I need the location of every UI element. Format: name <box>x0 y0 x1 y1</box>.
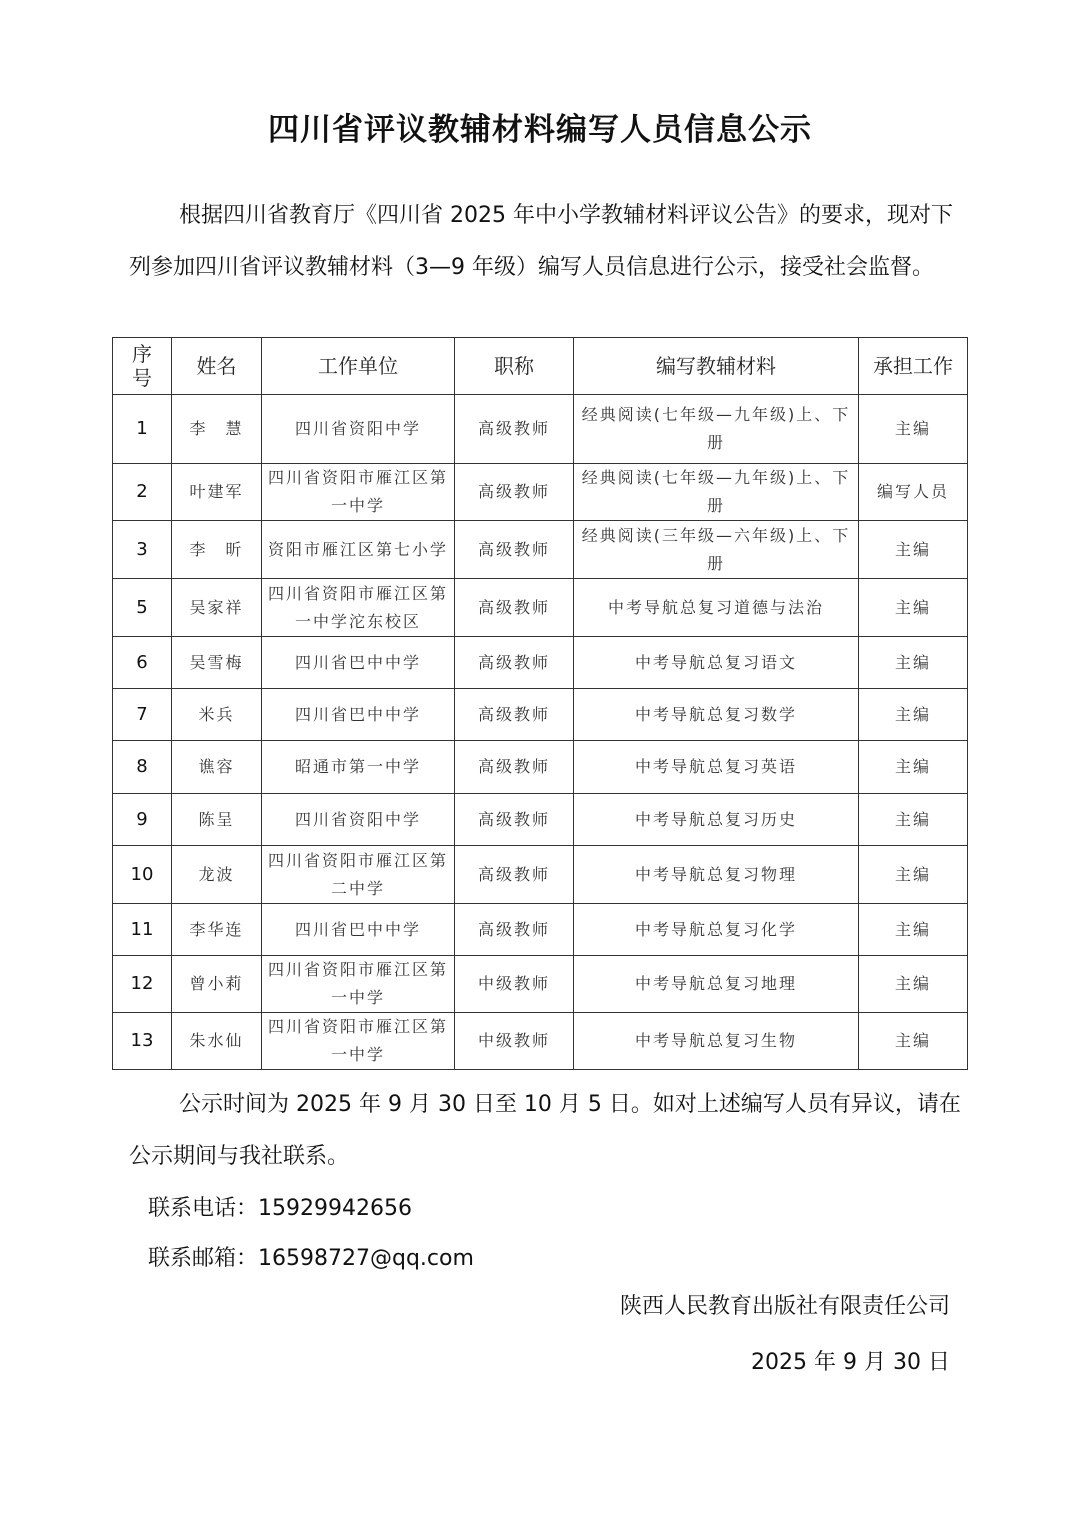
cell-name: 李华连 <box>172 904 262 956</box>
email-label: 联系邮箱： <box>148 1246 258 1271</box>
cell-title: 中级教师 <box>455 956 574 1013</box>
header-role: 承担工作 <box>859 338 968 395</box>
cell-material: 中考导航总复习物理 <box>574 846 859 904</box>
table-row: 8谯容昭通市第一中学高级教师中考导航总复习英语主编 <box>113 741 968 794</box>
phone-label: 联系电话： <box>148 1196 258 1221</box>
cell-material: 中考导航总复习地理 <box>574 956 859 1013</box>
table-row: 12曾小莉四川省资阳市雁江区第一中学中级教师中考导航总复习地理主编 <box>113 956 968 1013</box>
phone-value: 15929942656 <box>258 1196 412 1221</box>
signature-org: 陕西人民教育出版社有限责任公司 <box>620 1289 950 1320</box>
cell-role: 主编 <box>859 521 968 579</box>
cell-unit: 四川省资阳中学 <box>262 395 455 464</box>
cell-no: 1 <box>113 395 172 464</box>
cell-no: 6 <box>113 637 172 689</box>
cell-material: 经典阅读(七年级—九年级)上、下册 <box>574 464 859 521</box>
intro-paragraph: 根据四川省教育厅《四川省 2025 年中小学教辅材料评议公告》的要求，现对下列参… <box>129 190 969 294</box>
cell-name: 吴家祥 <box>172 579 262 637</box>
email-value: 16598727@qq.com <box>258 1246 474 1271</box>
cell-unit: 四川省巴中中学 <box>262 904 455 956</box>
cell-unit: 四川省资阳市雁江区第一中学 <box>262 956 455 1013</box>
cell-no: 12 <box>113 956 172 1013</box>
cell-title: 高级教师 <box>455 637 574 689</box>
cell-title: 高级教师 <box>455 846 574 904</box>
table-row: 1李 慧四川省资阳中学高级教师经典阅读(七年级—九年级)上、下册主编 <box>113 395 968 464</box>
cell-material: 中考导航总复习化学 <box>574 904 859 956</box>
cell-title: 高级教师 <box>455 689 574 741</box>
staff-table: 序号 姓名 工作单位 职称 编写教辅材料 承担工作 1李 慧四川省资阳中学高级教… <box>112 337 968 1070</box>
table-row: 13朱水仙四川省资阳市雁江区第一中学中级教师中考导航总复习生物主编 <box>113 1013 968 1070</box>
header-unit: 工作单位 <box>262 338 455 395</box>
contact-phone: 联系电话：15929942656 <box>148 1191 412 1222</box>
header-material: 编写教辅材料 <box>574 338 859 395</box>
table-row: 5吴家祥四川省资阳市雁江区第一中学沱东校区高级教师中考导航总复习道德与法治主编 <box>113 579 968 637</box>
cell-no: 10 <box>113 846 172 904</box>
cell-role: 主编 <box>859 904 968 956</box>
cell-material: 中考导航总复习数学 <box>574 689 859 741</box>
cell-name: 朱水仙 <box>172 1013 262 1070</box>
cell-role: 主编 <box>859 794 968 846</box>
cell-role: 主编 <box>859 689 968 741</box>
cell-unit: 资阳市雁江区第七小学 <box>262 521 455 579</box>
cell-unit: 四川省资阳市雁江区第二中学 <box>262 846 455 904</box>
cell-material: 中考导航总复习语文 <box>574 637 859 689</box>
cell-no: 13 <box>113 1013 172 1070</box>
cell-name: 龙波 <box>172 846 262 904</box>
table-row: 9陈呈四川省资阳中学高级教师中考导航总复习历史主编 <box>113 794 968 846</box>
cell-material: 中考导航总复习道德与法治 <box>574 579 859 637</box>
cell-role: 主编 <box>859 579 968 637</box>
table-row: 2叶建军四川省资阳市雁江区第一中学高级教师经典阅读(七年级—九年级)上、下册编写… <box>113 464 968 521</box>
header-title: 职称 <box>455 338 574 395</box>
period-text: 公示时间为 2025 年 9 月 30 日至 10 月 5 日。如对上述编写人员… <box>129 1092 961 1169</box>
table-header-row: 序号 姓名 工作单位 职称 编写教辅材料 承担工作 <box>113 338 968 395</box>
cell-role: 主编 <box>859 846 968 904</box>
cell-no: 9 <box>113 794 172 846</box>
document-title: 四川省评议教辅材料编写人员信息公示 <box>0 104 1080 149</box>
cell-unit: 四川省资阳市雁江区第一中学沱东校区 <box>262 579 455 637</box>
cell-title: 中级教师 <box>455 1013 574 1070</box>
cell-material: 经典阅读(三年级—六年级)上、下册 <box>574 521 859 579</box>
header-no: 序号 <box>113 338 172 395</box>
cell-role: 主编 <box>859 741 968 794</box>
table-row: 7米兵四川省巴中中学高级教师中考导航总复习数学主编 <box>113 689 968 741</box>
cell-name: 曾小莉 <box>172 956 262 1013</box>
cell-no: 7 <box>113 689 172 741</box>
cell-name: 叶建军 <box>172 464 262 521</box>
table-row: 10龙波四川省资阳市雁江区第二中学高级教师中考导航总复习物理主编 <box>113 846 968 904</box>
cell-material: 中考导航总复习生物 <box>574 1013 859 1070</box>
cell-role: 主编 <box>859 395 968 464</box>
cell-no: 11 <box>113 904 172 956</box>
header-name: 姓名 <box>172 338 262 395</box>
period-paragraph: 公示时间为 2025 年 9 月 30 日至 10 月 5 日。如对上述编写人员… <box>129 1079 969 1183</box>
cell-unit: 四川省巴中中学 <box>262 637 455 689</box>
cell-title: 高级教师 <box>455 395 574 464</box>
cell-role: 主编 <box>859 1013 968 1070</box>
cell-title: 高级教师 <box>455 794 574 846</box>
cell-name: 李 昕 <box>172 521 262 579</box>
cell-no: 5 <box>113 579 172 637</box>
cell-role: 主编 <box>859 637 968 689</box>
cell-name: 李 慧 <box>172 395 262 464</box>
cell-title: 高级教师 <box>455 464 574 521</box>
table-row: 3李 昕资阳市雁江区第七小学高级教师经典阅读(三年级—六年级)上、下册主编 <box>113 521 968 579</box>
cell-name: 吴雪梅 <box>172 637 262 689</box>
cell-title: 高级教师 <box>455 904 574 956</box>
cell-material: 中考导航总复习历史 <box>574 794 859 846</box>
intro-text: 根据四川省教育厅《四川省 2025 年中小学教辅材料评议公告》的要求，现对下列参… <box>129 203 953 280</box>
cell-material: 中考导航总复习英语 <box>574 741 859 794</box>
cell-role: 编写人员 <box>859 464 968 521</box>
table-row: 11李华连四川省巴中中学高级教师中考导航总复习化学主编 <box>113 904 968 956</box>
cell-title: 高级教师 <box>455 521 574 579</box>
cell-name: 陈呈 <box>172 794 262 846</box>
cell-title: 高级教师 <box>455 579 574 637</box>
cell-material: 经典阅读(七年级—九年级)上、下册 <box>574 395 859 464</box>
cell-name: 谯容 <box>172 741 262 794</box>
cell-name: 米兵 <box>172 689 262 741</box>
cell-title: 高级教师 <box>455 741 574 794</box>
cell-no: 3 <box>113 521 172 579</box>
table-row: 6吴雪梅四川省巴中中学高级教师中考导航总复习语文主编 <box>113 637 968 689</box>
cell-unit: 四川省资阳市雁江区第一中学 <box>262 1013 455 1070</box>
cell-unit: 四川省巴中中学 <box>262 689 455 741</box>
cell-no: 2 <box>113 464 172 521</box>
cell-unit: 四川省资阳市雁江区第一中学 <box>262 464 455 521</box>
cell-no: 8 <box>113 741 172 794</box>
contact-email: 联系邮箱：16598727@qq.com <box>148 1241 474 1272</box>
cell-unit: 四川省资阳中学 <box>262 794 455 846</box>
cell-role: 主编 <box>859 956 968 1013</box>
cell-unit: 昭通市第一中学 <box>262 741 455 794</box>
signature-date: 2025 年 9 月 30 日 <box>751 1345 950 1376</box>
